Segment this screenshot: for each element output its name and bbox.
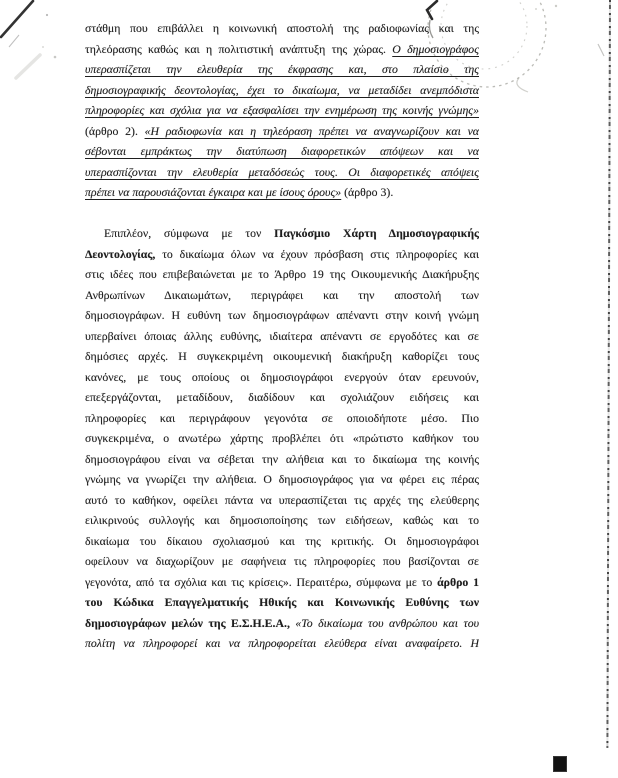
text-line: πρέπει να παρουσιάζονται έγκαιρα και με … [85,182,479,203]
text-line: πολίτη να πληροφορεί και να πληροφορείτα… [85,633,479,654]
text-line: γεγονότα, από τα σχόλια και τις κρίσεις»… [85,572,479,593]
text-line: πληροφορίες και σχόλια για να εξασφαλίσε… [85,100,479,121]
text-segment: το δικαίωμα όλων να έχουν πρόσβαση στις … [162,247,479,261]
text-line: στάθμη που επιβάλλει η κοινωνική αποστολ… [85,18,479,39]
text-segment: ειλικρινούς συλλογής και δημοσιοποίησης … [85,513,479,527]
text-line: κανόνες, με τους οποίους οι δημοσιογράφο… [85,367,479,388]
text-segment: «Η ραδιοφωνία και η τηλεόραση πρέπει να … [145,124,479,138]
text-segment: στις ιδέες που επιβεβαιώνεται με το Άρθρ… [85,267,479,281]
text-segment: πληροφορίες και περιγράφουν γεγονότα σε … [85,411,479,425]
text-line: συγκεκριμένα, ο ανωτέρω χάρτης προβλέπει… [85,428,479,449]
text-segment: επεξεργάζονται, μεταδίδουν, διαδίδουν κα… [85,390,479,404]
black-square-mark [553,756,567,772]
text-segment: υπερασπίζονται την ελευθερία μεταδόσεώς … [85,165,479,179]
text-line: δημοσιογράφων. Η ευθύνη των δημοσιογράφω… [85,305,479,326]
text-segment: οφείλουν να διαχωρίζουν με σαφήνεια τις … [85,554,479,568]
paragraph: στάθμη που επιβάλλει η κοινωνική αποστολ… [85,18,479,203]
text-segment: αυτό το καθήκον, οφείλει πάντα να υπερασ… [85,493,479,507]
text-line: τηλεόρασης καθώς και η πολιτιστική ανάπτ… [85,39,479,60]
text-segment: πρέπει να παρουσιάζονται έγκαιρα και με … [85,185,341,199]
text-line: υπερασπίζεται την ελευθερία της έκφρασης… [85,59,479,80]
text-line: (άρθρο 2). «Η ραδιοφωνία και η τηλεόραση… [85,121,479,142]
text-segment: δημοσιογράφου είναι να σέβεται την αλήθε… [85,452,479,466]
text-line: δημοσιογραφικής δεοντολογίας, έχει το δι… [85,80,479,101]
text-segment: πληροφορίες και σχόλια για να εξασφαλίσε… [85,103,479,117]
text-line: δημόσιες αρχές. Η συγκεκριμένη οικουμενι… [85,346,479,367]
text-line: γνώμης να γνωρίζει την αλήθεια. Ο δημοσι… [85,469,479,490]
text-segment: δημοσιογράφων. Η ευθύνη των δημοσιογράφω… [85,308,479,322]
text-segment: Ο δημοσιογράφος [392,42,479,56]
text-segment: του Κώδικα Επαγγελματικής Ηθικής και Κοι… [85,595,479,609]
text-segment: γεγονότα, από τα σχόλια και τις κρίσεις»… [85,575,437,589]
text-segment: στάθμη που επιβάλλει η κοινωνική αποστολ… [85,21,479,35]
text-segment: (άρθρο 3). [341,185,393,199]
text-line: του Κώδικα Επαγγελματικής Ηθικής και Κοι… [85,592,479,613]
text-line: Δεοντολογίας, το δικαίωμα όλων να έχουν … [85,244,479,265]
text-line: Ανθρωπίνων Δικαιωμάτων, περιγράφει και τ… [85,285,479,306]
text-line: δικαίωμα του δίκαιου σχολιασμού και της … [85,531,479,552]
text-segment: Παγκόσμιο Χάρτη Δημοσιογραφικής [274,226,479,240]
text-line: ειλικρινούς συλλογής και δημοσιοποίησης … [85,510,479,531]
text-segment: συγκεκριμένα, ο ανωτέρω χάρτης προβλέπει… [85,431,479,445]
text-segment: (άρθρο 2). [85,124,145,138]
text-line: υπερβαίνει όποιας άλλης ευθύνης, ιδιαίτε… [85,326,479,347]
text-line: σέβονται εμπράκτως την διατύπωση διαφορε… [85,141,479,162]
text-segment: δημοσιογραφικής δεοντολογίας, έχει το δι… [85,83,479,97]
text-line: δημοσιογράφου είναι να σέβεται την αλήθε… [85,449,479,470]
document-text: στάθμη που επιβάλλει η κοινωνική αποστολ… [85,18,479,654]
text-segment: γνώμης να γνωρίζει την αλήθεια. Ο δημοσι… [85,472,479,486]
text-segment: δικαίωμα του δίκαιου σχολιασμού και της … [85,534,479,548]
scan-speck [598,44,604,56]
text-line: Επιπλέον, σύμφωνα με τον Παγκόσμιο Χάρτη… [85,223,479,244]
text-segment: Ανθρωπίνων Δικαιωμάτων, περιγράφει και τ… [85,288,479,302]
text-segment: υπερασπίζεται την ελευθερία της έκφρασης… [85,62,479,76]
text-segment: δημοσιογράφων μελών της Ε.Σ.Η.Ε.Α., [85,616,295,630]
paragraph: Επιπλέον, σύμφωνα με τον Παγκόσμιο Χάρτη… [85,223,479,654]
text-segment: άρθρο 1 [437,575,479,589]
text-line: οφείλουν να διαχωρίζουν με σαφήνεια τις … [85,551,479,572]
text-segment: Επιπλέον, σύμφωνα με τον [104,226,274,240]
scan-streak [1,1,56,78]
text-line: πληροφορίες και περιγράφουν γεγονότα σε … [85,408,479,429]
text-line: αυτό το καθήκον, οφείλει πάντα να υπερασ… [85,490,479,511]
text-segment: κανόνες, με τους οποίους οι δημοσιογράφο… [85,370,479,384]
text-line: δημοσιογράφων μελών της Ε.Σ.Η.Ε.Α., «Το … [85,613,479,634]
text-segment: δημόσιες αρχές. Η συγκεκριμένη οικουμενι… [85,349,479,363]
text-segment: «Το δικαίωμα του ανθρώπου και του [295,616,479,630]
text-line: υπερασπίζονται την ελευθερία μεταδόσεώς … [85,162,479,183]
text-segment: σέβονται εμπράκτως την διατύπωση διαφορε… [85,144,479,158]
text-segment: τηλεόρασης καθώς και η πολιτιστική ανάπτ… [85,42,392,56]
text-segment: πολίτη να πληροφορεί και να πληροφορείτα… [85,636,479,650]
text-line: στις ιδέες που επιβεβαιώνεται με το Άρθρ… [85,264,479,285]
text-line: επεξεργάζονται, μεταδίδουν, διαδίδουν κα… [85,387,479,408]
scanned-document-page: στάθμη που επιβάλλει η κοινωνική αποστολ… [0,0,618,778]
text-segment: Δεοντολογίας, [85,247,162,261]
text-segment: υπερβαίνει όποιας άλλης ευθύνης, ιδιαίτε… [85,329,479,343]
scanner-edge-line [606,0,611,748]
